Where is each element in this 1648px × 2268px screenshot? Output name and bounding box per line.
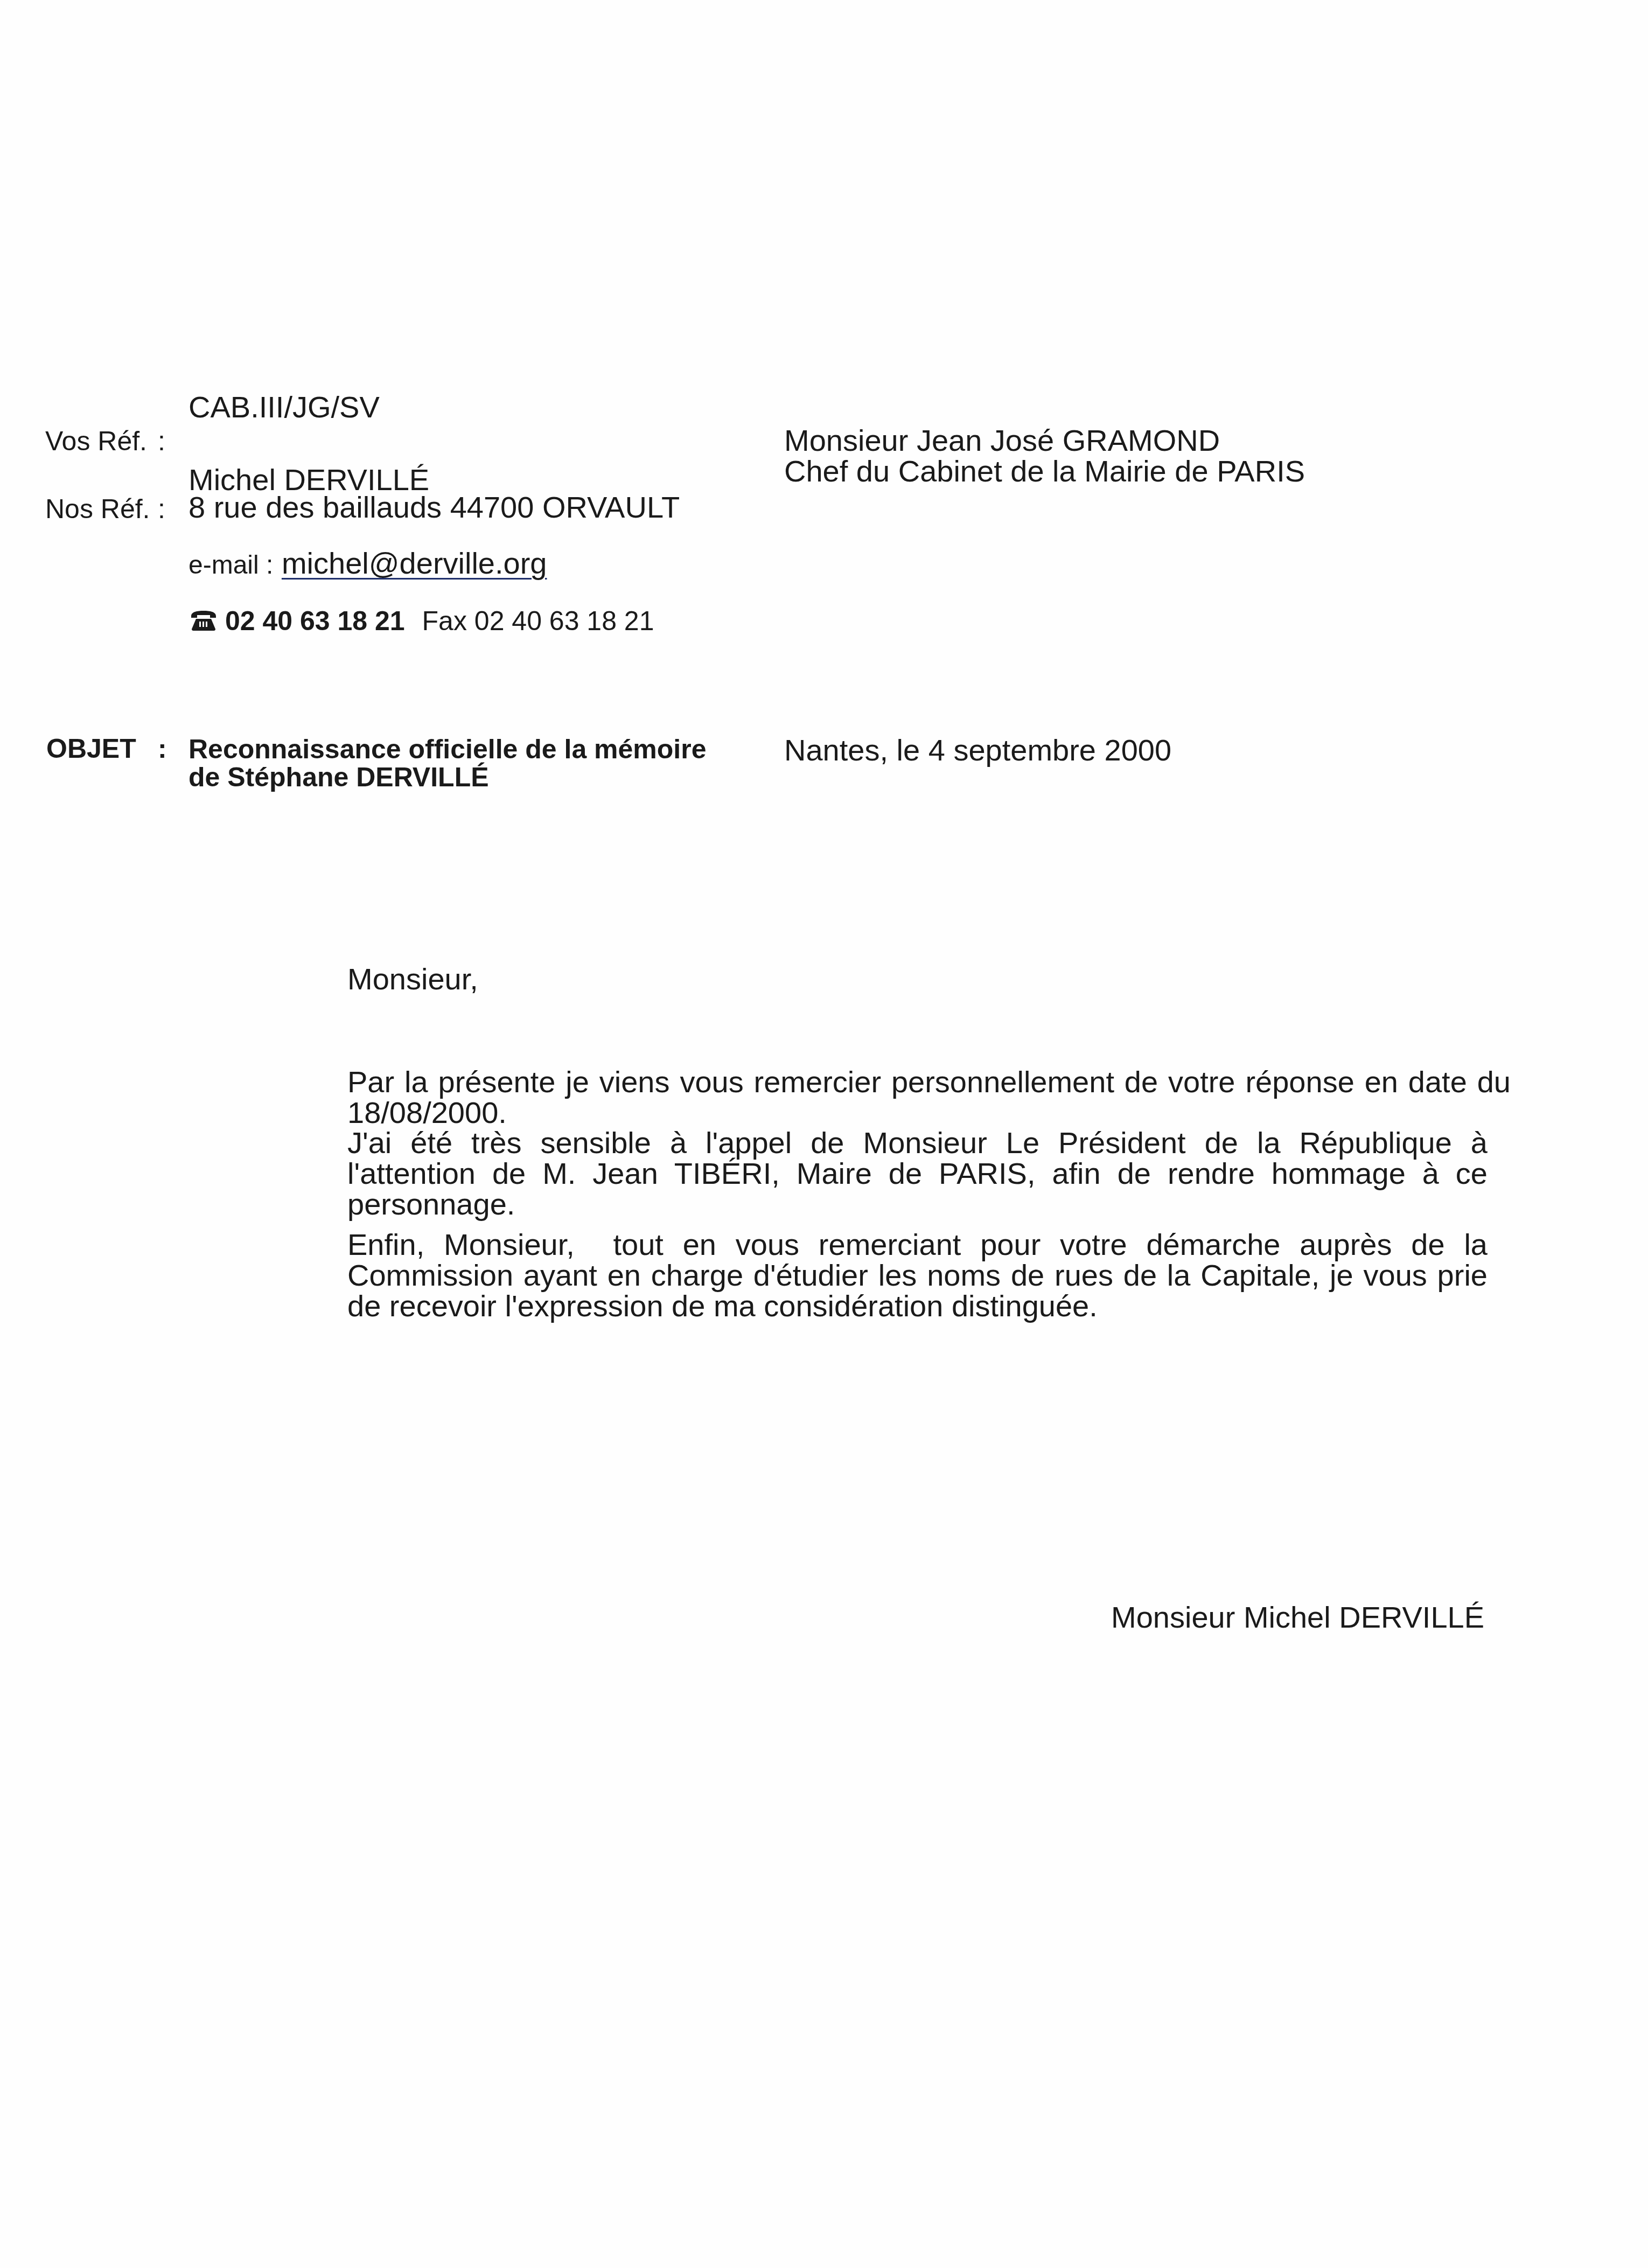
letter-page: CAB.III/JG/SV Vos Réf. : Michel DERVILLÉ… bbox=[0, 0, 1648, 2268]
phone-number: 02 40 63 18 21 bbox=[225, 606, 405, 636]
email-label: e-mail : bbox=[188, 551, 273, 580]
signature: Monsieur Michel DERVILLÉ bbox=[1111, 1602, 1484, 1632]
body-paragraph-3: Enfin, Monsieur, tout en vous remerciant… bbox=[347, 1229, 1488, 1321]
salutation: Monsieur, bbox=[347, 964, 478, 994]
vos-ref-separator: : bbox=[158, 428, 165, 455]
subject-separator: : bbox=[158, 735, 167, 762]
telephone-icon bbox=[190, 610, 218, 631]
sender-address: 8 rue des baillauds 44700 ORVAULT bbox=[188, 492, 680, 522]
phone-line: 02 40 63 18 21 Fax 02 40 63 18 21 bbox=[190, 608, 654, 634]
subject-label: OBJET bbox=[46, 735, 136, 762]
nos-ref-label: Nos Réf. bbox=[45, 496, 150, 522]
recipient-name: Monsieur Jean José GRAMOND bbox=[784, 425, 1305, 456]
recipient-title: Chef du Cabinet de la Mairie de PARIS bbox=[784, 456, 1305, 486]
body-paragraph-1: Par la présente je viens vous remercier … bbox=[347, 1066, 1511, 1128]
email-link[interactable]: michel@derville.org bbox=[282, 546, 547, 580]
date-line: Nantes, le 4 septembre 2000 bbox=[784, 735, 1171, 765]
subject-text: Reconnaissance officielle de la mémoire … bbox=[188, 735, 707, 791]
email-line: e-mail : michel@derville.org bbox=[188, 548, 547, 578]
recipient-block: Monsieur Jean José GRAMOND Chef du Cabin… bbox=[784, 425, 1305, 486]
subject-line-1: Reconnaissance officielle de la mémoire bbox=[188, 735, 707, 763]
subject-line-2: de Stéphane DERVILLÉ bbox=[188, 763, 707, 791]
vos-ref-value: CAB.III/JG/SV bbox=[188, 392, 380, 422]
vos-ref-label: Vos Réf. bbox=[45, 428, 147, 455]
body-paragraph-2: J'ai été très sensible à l'appel de Mons… bbox=[347, 1127, 1488, 1219]
fax-number: 02 40 63 18 21 bbox=[474, 606, 654, 636]
fax-label: Fax bbox=[422, 606, 467, 636]
nos-ref-separator: : bbox=[158, 496, 165, 522]
